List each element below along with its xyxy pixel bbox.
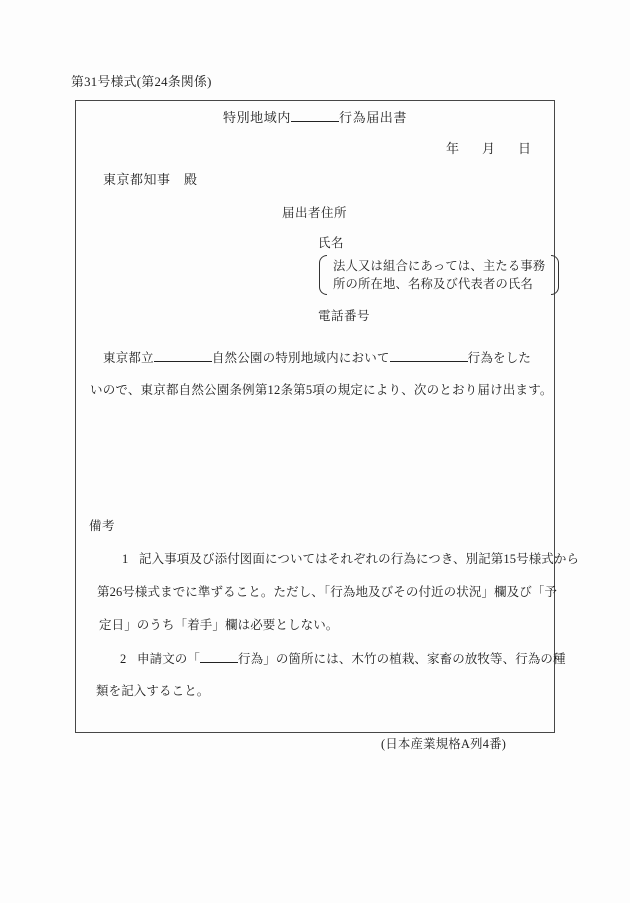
remarks-heading: 備考 <box>89 518 115 534</box>
body-text-line1: 東京都立自然公園の特別地域内において行為をした <box>103 349 531 366</box>
remark-item2-blank-underline <box>200 650 238 663</box>
corporate-note: 法人又は組合にあっては、主たる事務 所の所在地、名称及び代表者の氏名 <box>319 255 559 295</box>
form-title-prefix: 特別地域内 <box>223 110 291 125</box>
activity-blank-underline <box>390 349 468 362</box>
form-border-box: 特別地域内行為届出書 年月日 東京都知事 殿 届出者住所 氏名 法人又は組合にあ… <box>75 100 555 733</box>
date-line: 年月日 <box>446 141 531 157</box>
remark-item2-line1: 2申請文の「行為」の箇所には、木竹の植栽、家畜の放牧等、行為の種 <box>120 650 566 667</box>
applicant-name-label: 氏名 <box>318 235 344 251</box>
remark-item1-line2: 第26号様式までに準ずること。ただし、「行為地及びその付近の状況」欄及び「予 <box>97 584 557 600</box>
remark-item2-line1-part2: 行為」の箇所には、木竹の植栽、家畜の放牧等、行為の種 <box>238 652 566 666</box>
remark-item1-line1: 1記入事項及び添付図面についてはそれぞれの行為につき、別記第15号様式から <box>122 551 579 567</box>
body-line1-part1: 東京都立 <box>103 351 154 365</box>
corporate-note-text: 法人又は組合にあっては、主たる事務 所の所在地、名称及び代表者の氏名 <box>327 255 551 295</box>
addressee-label: 東京都知事 殿 <box>103 172 198 188</box>
paper-size-note: (日本産業規格A列4番) <box>381 736 506 752</box>
date-year-label: 年 <box>446 141 459 156</box>
date-day-label: 日 <box>518 141 531 156</box>
park-name-blank-underline <box>154 349 212 362</box>
remark-item1-line3: 定日」のうち「着手」欄は必要としない。 <box>99 617 338 633</box>
form-title: 特別地域内行為届出書 <box>76 109 554 126</box>
left-parenthesis-bracket <box>319 255 327 295</box>
corporate-note-line1: 法人又は組合にあっては、主たる事務 <box>333 257 545 275</box>
document-page: 第31号様式(第24条関係) 特別地域内行為届出書 年月日 東京都知事 殿 届出… <box>0 0 630 903</box>
title-blank-underline <box>291 109 339 122</box>
remark-item2-number: 2 <box>120 651 137 667</box>
remark-item2-line1-part1: 申請文の「 <box>137 652 200 666</box>
form-number-label: 第31号様式(第24条関係) <box>71 74 212 90</box>
remark-item1-number: 1 <box>122 551 139 567</box>
applicant-address-label: 届出者住所 <box>282 205 347 221</box>
date-month-label: 月 <box>482 141 495 156</box>
remark-item1-line1-text: 記入事項及び添付図面についてはそれぞれの行為につき、別記第15号様式から <box>139 552 579 566</box>
body-line1-part3: 行為をした <box>468 351 532 365</box>
body-text-line2: いので、東京都自然公園条例第12条第5項の規定により、次のとおり届け出ます。 <box>90 382 553 398</box>
corporate-note-line2: 所の所在地、名称及び代表者の氏名 <box>333 275 545 293</box>
applicant-phone-label: 電話番号 <box>318 308 370 324</box>
form-title-suffix: 行為届出書 <box>339 110 407 125</box>
right-parenthesis-bracket <box>551 255 559 295</box>
body-line1-part2: 自然公園の特別地域内において <box>212 351 390 365</box>
remark-item2-line2: 類を記入すること。 <box>96 683 209 699</box>
